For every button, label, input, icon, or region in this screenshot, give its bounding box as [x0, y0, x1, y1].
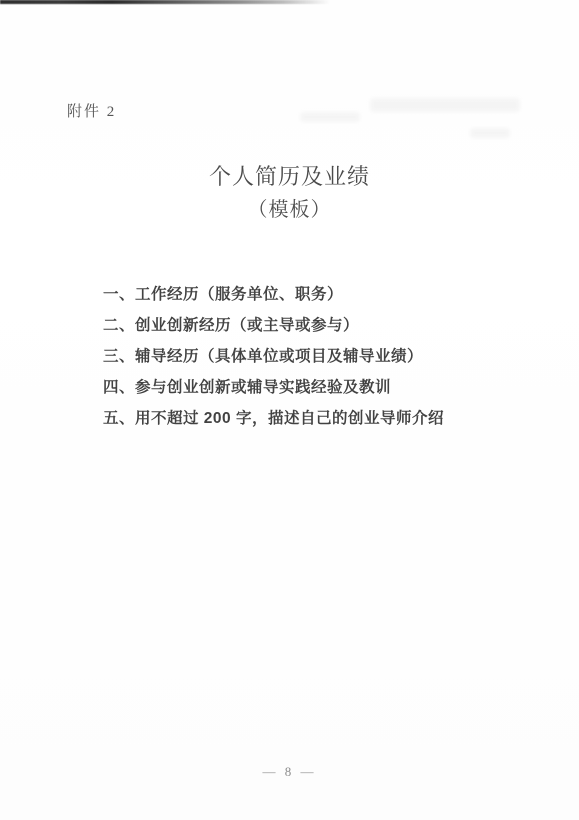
scan-edge-artifact — [0, 0, 330, 4]
scanned-document-page: 附件 2 个人简历及业绩 （模板） 一、工作经历（服务单位、职务） 二、创业创新… — [0, 0, 579, 820]
ink-bleedthrough — [370, 98, 520, 112]
outline-list: 一、工作经历（服务单位、职务） 二、创业创新经历（或主导或参与） 三、辅导经历（… — [103, 279, 533, 434]
page-number: — 8 — — [263, 764, 317, 779]
attachment-label: 附件 2 — [67, 100, 116, 121]
document-subtitle: （模板） — [0, 195, 579, 225]
list-item: 一、工作经历（服务单位、职务） — [103, 279, 533, 310]
list-item: 五、用不超过 200 字，描述自己的创业导师介绍 — [103, 403, 533, 434]
title-block: 个人简历及业绩 （模板） — [0, 162, 579, 225]
list-item: 三、辅导经历（具体单位或项目及辅导业绩） — [103, 341, 533, 372]
document-title: 个人简历及业绩 — [0, 162, 579, 192]
list-item: 二、创业创新经历（或主导或参与） — [103, 310, 533, 341]
page-footer: — 8 — — [0, 763, 579, 781]
ink-bleedthrough — [300, 112, 360, 122]
ink-bleedthrough — [470, 128, 510, 138]
list-item: 四、参与创业创新或辅导实践经验及教训 — [103, 372, 533, 403]
